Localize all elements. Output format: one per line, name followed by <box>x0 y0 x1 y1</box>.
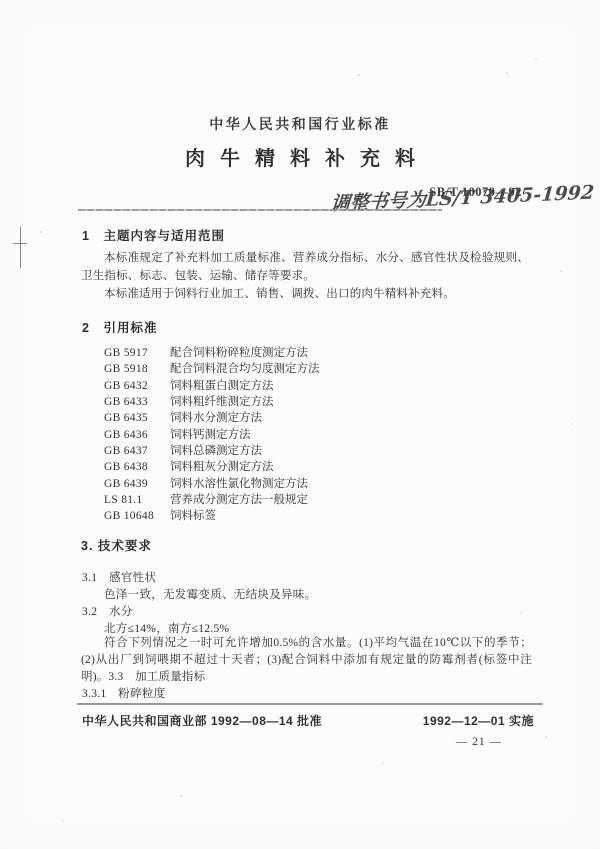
reference-item: LS 81.1 营养成分测定方法一般规定 <box>104 492 320 508</box>
reference-title: 配合饲料粉碎粒度测定方法 <box>170 345 308 361</box>
reference-title: 饲料标签 <box>170 508 216 524</box>
reference-title: 配合饲料混合均匀度测定方法 <box>170 361 320 377</box>
scope-paragraph: 本标准规定了补充料加工质量标准、营养成分指标、水分、感官性状及检验规则、卫生指标… <box>81 250 529 285</box>
reference-title: 饲料粗纤维测定方法 <box>170 394 274 410</box>
footer-row: 中华人民共和国商业部 1992—08—14 批准 1992—12—01 实施 <box>82 712 534 729</box>
reference-item: GB 5918 配合饲料混合均匀度测定方法 <box>104 361 320 377</box>
clause-3-1-heading: 3.1 感官性状 <box>82 569 156 585</box>
margin-registration-mark <box>13 243 27 244</box>
reference-title: 饲料总磷测定方法 <box>170 443 262 459</box>
header-rule <box>78 209 442 211</box>
clause-3-2-heading: 3.2 水分 <box>82 603 133 619</box>
reference-item: GB 6433 饲料粗纤维测定方法 <box>104 394 320 410</box>
reference-title: 饲料水溶性氯化物测定方法 <box>170 476 308 492</box>
reference-item: GB 6432 饲料粗蛋白测定方法 <box>104 378 320 394</box>
reference-code: GB 6435 <box>104 410 170 426</box>
margin-registration-mark <box>20 227 21 268</box>
reference-item: GB 6439 饲料水溶性氯化物测定方法 <box>104 476 320 492</box>
reference-item: GB 6435 饲料水分测定方法 <box>104 410 320 426</box>
clause-3-2-text: 北方≤14%，南方≤12.5% <box>104 620 229 636</box>
reference-title: 饲料粗灰分测定方法 <box>170 459 274 475</box>
reference-code: GB 5918 <box>104 361 170 377</box>
reference-code: GB 6436 <box>104 427 170 443</box>
approval-note: 中华人民共和国商业部 1992—08—14 批准 <box>82 712 322 729</box>
section-3-heading: 3. 技术要求 <box>81 536 152 554</box>
implementation-note: 1992—12—01 实施 <box>423 712 534 729</box>
reference-code: GB 6433 <box>104 394 170 410</box>
reference-code: GB 6439 <box>104 476 170 492</box>
section-2-heading: 2 引用标准 <box>82 318 157 336</box>
reference-item: GB 6438 饲料粗灰分测定方法 <box>104 459 320 475</box>
reference-title: 饲料粗蛋白测定方法 <box>170 378 274 394</box>
clause-3-3-1-heading: 3.3.1 粉碎粒度 <box>82 685 166 701</box>
reference-title: 营养成分测定方法一般规定 <box>170 492 308 508</box>
reference-item: GB 6437 饲料总磷测定方法 <box>104 443 320 459</box>
reference-title: 饲料钙测定方法 <box>170 427 251 443</box>
clause-3-1-text: 色泽一致，无发霉变质、无结块及异味。 <box>104 586 316 602</box>
standard-org-line: 中华人民共和国行业标准 <box>0 114 600 134</box>
reference-code: GB 6437 <box>104 443 170 459</box>
reference-title: 饲料水分测定方法 <box>170 410 262 426</box>
reference-item: GB 6436 饲料钙测定方法 <box>104 427 320 443</box>
page-number: — 21 — <box>456 736 502 748</box>
reference-code: GB 6438 <box>104 459 170 475</box>
reference-code: LS 81.1 <box>104 492 170 508</box>
document-title: 肉牛精料补充料 <box>0 142 600 171</box>
scanned-standard-page: 中华人民共和国行业标准 肉牛精料补充料 SB/T 10079—92 调整书号为L… <box>0 0 600 849</box>
footer-rule <box>77 703 543 705</box>
reference-code: GB 5917 <box>104 345 170 361</box>
reference-list: GB 5917 配合饲料粉碎粒度测定方法 GB 5918 配合饲料混合均匀度测定… <box>104 345 320 525</box>
clause-3-2-note: 符合下列情况之一时可允许增加0.5%的含水量。(1)平均气温在10℃以下的季节；… <box>81 635 532 687</box>
reference-item: GB 5917 配合饲料粉碎粒度测定方法 <box>104 345 320 361</box>
reference-item: GB 10648 饲料标签 <box>104 508 320 524</box>
scope-paragraph: 本标准适用于饲料行业加工、销售、调拨、出口的肉牛精料补充料。 <box>81 286 529 304</box>
scan-speckles <box>0 0 2 2</box>
section-1-heading: 1 主题内容与适用范围 <box>82 226 225 244</box>
reference-code: GB 6432 <box>104 378 170 394</box>
reference-code: GB 10648 <box>104 508 170 524</box>
